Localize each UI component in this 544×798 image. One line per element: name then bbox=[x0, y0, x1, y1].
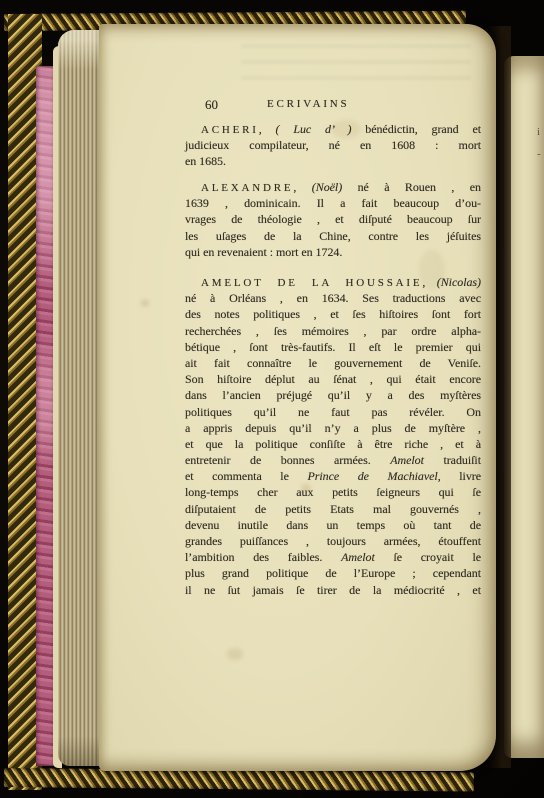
text-line: il ne ſut jamais ſe tirer de la médiocri… bbox=[185, 582, 481, 598]
paragraph: AMELOT DE LA HOUSSAIE, (Nicolas)né à Orl… bbox=[185, 274, 481, 598]
text-line: diſputaient de petits Etats mal gouverné… bbox=[185, 501, 481, 517]
paragraph: ALEXANDRE, (Noël) né à Rouen , en1639 , … bbox=[185, 179, 481, 260]
text-line: devenu inutile dans un temps où tant de bbox=[185, 517, 481, 533]
text-line: des notes politiques , et ſes hiſtoires … bbox=[185, 306, 481, 322]
text-line: l’ambition des faibles. Amelot ſe croyai… bbox=[185, 549, 481, 565]
stain bbox=[227, 648, 243, 660]
text-line: a appris depuis qu’il n’y a plus de myſt… bbox=[185, 420, 481, 436]
text-line: long-temps cher aux petits ſeigneurs qui… bbox=[185, 484, 481, 500]
paragraph: ACHERI, ( Luc d’ ) bénédictin, grand etj… bbox=[185, 121, 481, 170]
text-line: 1639 , dominicain. Il a fait beaucoup d’… bbox=[185, 195, 481, 211]
text-line: Son hiſtoire déplut au ſénat , qui était… bbox=[185, 371, 481, 387]
page-number: 60 bbox=[205, 96, 218, 113]
paragraphs: ACHERI, ( Luc d’ ) bénédictin, grand etj… bbox=[185, 121, 481, 598]
text-line: judicieux compilateur, né en 1608 : mort bbox=[185, 137, 481, 153]
text-line: plus grand politique de l’Europe ; cepen… bbox=[185, 565, 481, 581]
running-title: ECRIVAINS bbox=[267, 96, 349, 113]
text-line: ait fait connaître le gouvernement de Ve… bbox=[185, 355, 481, 371]
text-line: grandes puiſſances , toujours armées, ét… bbox=[185, 533, 481, 549]
page-edges-stack bbox=[58, 30, 102, 766]
text-line: politiques qu’il ne faut pas révéler. On bbox=[185, 404, 481, 420]
text-line: ACHERI, ( Luc d’ ) bénédictin, grand et bbox=[185, 121, 481, 137]
text-line: ALEXANDRE, (Noël) né à Rouen , en bbox=[185, 179, 481, 195]
text-line: né à Orléans , en 1634. Ses traductions … bbox=[185, 290, 481, 306]
gilt-edge-bottom bbox=[4, 768, 474, 792]
facing-page-text-fragment: - bbox=[537, 148, 541, 160]
text-line: et que la politique conſiſte à être rich… bbox=[185, 436, 481, 452]
text-line: dans l’ancien préjugé qu’il y a des myſt… bbox=[185, 387, 481, 403]
facing-page-text-fragment: i bbox=[537, 126, 540, 138]
text-block: 60 ECRIVAINS ACHERI, ( Luc d’ ) bénédict… bbox=[185, 96, 481, 598]
text-line: les uſages de la Chine, contre les jéſui… bbox=[185, 228, 481, 244]
text-line: entretenir de bonnes armées. Amelot trad… bbox=[185, 452, 481, 468]
page-header: 60 ECRIVAINS bbox=[185, 96, 481, 113]
book-photo: i - 60 ECRIVAINS ACHERI, ( Luc d’ ) béné… bbox=[0, 0, 544, 798]
stain bbox=[141, 300, 149, 306]
left-page: 60 ECRIVAINS ACHERI, ( Luc d’ ) bénédict… bbox=[99, 24, 496, 771]
text-line: en 1685. bbox=[185, 153, 481, 169]
text-line: AMELOT DE LA HOUSSAIE, (Nicolas) bbox=[185, 274, 481, 290]
text-line: bétique , ſont très-fautifs. Il eſt le p… bbox=[185, 339, 481, 355]
text-line: recherchées , ſes mémoires , par ordre a… bbox=[185, 323, 481, 339]
ink-show-through bbox=[241, 38, 471, 90]
text-line: et commenta le Prince de Machiavel, livr… bbox=[185, 468, 481, 484]
text-line: qui en revenaient : mort en 1724. bbox=[185, 244, 481, 260]
text-line: vrages de théologie , et diſputé beaucou… bbox=[185, 211, 481, 227]
